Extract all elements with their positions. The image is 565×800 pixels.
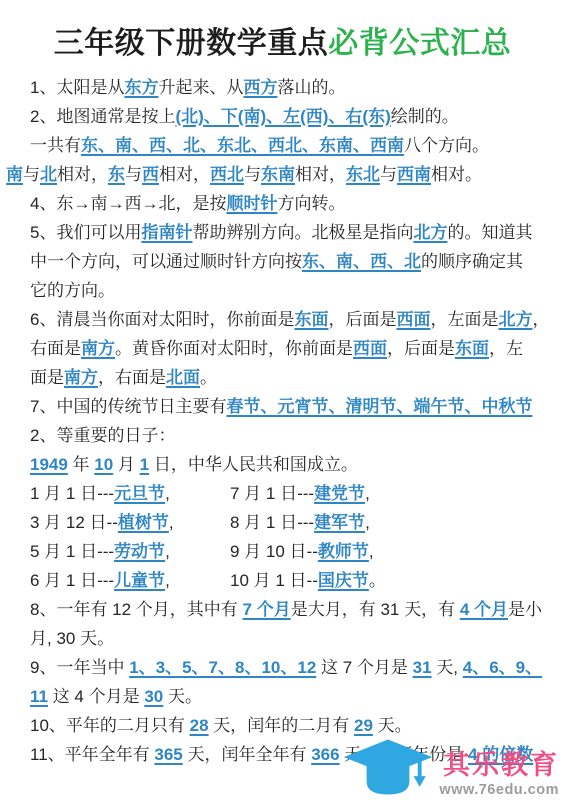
text-line: 5、我们可以用指南针帮助辨别方向。北极星是指向北方的。知道其	[30, 218, 535, 247]
text-line: 南与北相对，东与西相对，西北与东南相对，东北与西南相对。	[6, 160, 535, 189]
highlight-text: 北面	[166, 368, 200, 387]
text-line: 2、地图通常是按上(北)、下(南)、左(西)、右(东)绘制的。	[30, 102, 535, 131]
plain-text: 月	[113, 455, 139, 474]
plain-text: 1 月 1 日---	[30, 484, 114, 503]
plain-text: 方向转。	[277, 194, 345, 213]
highlight-text: 国庆节	[318, 571, 369, 590]
plain-text: 9、一年当中	[30, 658, 129, 677]
highlight-text: 劳动节	[114, 542, 165, 561]
text-line: 它的方向。	[30, 276, 535, 305]
plain-text: 天。	[373, 716, 412, 735]
plain-text: 八个方向。	[404, 136, 489, 155]
plain-text: 相对，	[159, 165, 210, 184]
festival-date-list: 1 月 1 日---元旦节,7 月 1 日---建党节,3 月 12 日--植树…	[30, 479, 535, 595]
plain-text: 是大月，有 31 天，有	[291, 600, 460, 619]
plain-text: 是小	[508, 600, 542, 619]
highlight-text: 指南针	[141, 223, 192, 242]
plain-text: 9 月 10 日--	[230, 542, 318, 561]
plain-text: 。黄昏你面对太阳时，你前面是	[115, 339, 353, 358]
plain-text: ，后面是	[328, 310, 396, 329]
plain-text: 它的方向。	[30, 281, 115, 300]
text-line: 中一个方向，可以通过顺时针方向按东、南、西、北的顺序确定其	[30, 247, 535, 276]
date-cell-right: 10 月 1 日--国庆节。	[230, 566, 535, 595]
plain-text: 中一个方向，可以通过顺时针方向按	[30, 252, 302, 271]
text-line: 右面是南方。黄昏你面对太阳时，你前面是西面，后面是东面，左	[30, 334, 535, 363]
text-line: 2、等重要的日子：	[30, 421, 535, 450]
plain-text: 一共有	[30, 136, 81, 155]
highlight-text: 儿童节	[114, 571, 165, 590]
plain-text: 5、我们可以用	[30, 223, 141, 242]
plain-text: 6 月 1 日---	[30, 571, 114, 590]
plain-text: 天，闰年全年有	[183, 745, 311, 764]
text-line: 8、一年有 12 个月，其中有 7 个月是大月，有 31 天，有 4 个月是小	[30, 595, 535, 624]
plain-text: 2、地图通常是按上	[30, 107, 175, 126]
plain-text: 7、中国的传统节日主要有	[30, 397, 226, 416]
brand-name: 其乐教育	[439, 751, 559, 781]
plain-text: 天。	[163, 687, 202, 706]
plain-text: 7 月 1 日---	[230, 484, 314, 503]
highlight-text: 11	[30, 687, 48, 706]
plain-text: 10、平年的二月只有	[30, 716, 190, 735]
plain-text: ，右面是	[98, 368, 166, 387]
plain-text: 绘制的。	[391, 107, 459, 126]
plain-text: ，后面是	[387, 339, 455, 358]
plain-text: ,	[165, 571, 170, 590]
plain-text: 8 月 1 日---	[230, 513, 314, 532]
plain-text: 面是	[30, 368, 64, 387]
plain-text: 与	[244, 165, 261, 184]
text-line: 1、太阳是从东方升起来、从西方落山的。	[30, 73, 535, 102]
highlight-text: 东	[108, 165, 125, 184]
brand-watermark: 其乐教育 www.76edu.com	[339, 738, 559, 798]
plain-text: 8、一年有 12 个月，其中有	[30, 600, 243, 619]
date-cell-left: 1 月 1 日---元旦节,	[30, 479, 230, 508]
plain-text: 帮助辨别方向。北极星是指向	[192, 223, 413, 242]
highlight-text: 1949	[30, 455, 68, 474]
page-title: 三年级下册数学重点必背公式汇总	[30, 27, 535, 62]
highlight-text: 西南	[397, 165, 431, 184]
highlight-text: 植树节	[118, 513, 169, 532]
highlight-text: 东北	[346, 165, 380, 184]
plain-text: 。	[369, 571, 386, 590]
highlight-text: 顺时针	[226, 194, 277, 213]
text-line: 11 这 4 个月是 30 天。	[30, 682, 535, 711]
plain-text: 与	[380, 165, 397, 184]
highlight-text: 东方	[124, 78, 158, 97]
plain-text: 与	[125, 165, 142, 184]
text-line: 月, 30 天。	[30, 624, 535, 653]
highlight-text: 7 个月	[243, 600, 291, 619]
date-cell-left: 5 月 1 日---劳动节,	[30, 537, 230, 566]
plain-text: 天，闰年的二月有	[209, 716, 354, 735]
text-line: 7、中国的传统节日主要有春节、元宵节、清明节、端午节、中秋节	[30, 392, 535, 421]
highlight-text: 北方	[498, 310, 532, 329]
plain-text: ,	[169, 513, 174, 532]
plain-text: 5 月 1 日---	[30, 542, 114, 561]
highlight-text: 4、6、9、	[463, 658, 542, 677]
plain-text: ,	[369, 542, 374, 561]
plain-text: 11、平年全年有	[30, 745, 154, 764]
plain-text: 相对，	[57, 165, 108, 184]
highlight-text: 北方	[413, 223, 447, 242]
festival-date-row: 6 月 1 日---儿童节,10 月 1 日--国庆节。	[30, 566, 535, 595]
highlight-text: 31	[413, 658, 432, 677]
content-lines-top: 1、太阳是从东方升起来、从西方落山的。2、地图通常是按上(北)、下(南)、左(西…	[30, 73, 535, 479]
plain-text: ，	[532, 310, 549, 329]
highlight-text: 教师节	[318, 542, 369, 561]
highlight-text: 建军节	[314, 513, 365, 532]
highlight-text: 南方	[81, 339, 115, 358]
highlight-text: 东面	[294, 310, 328, 329]
text-line: 面是南方，右面是北面。	[30, 363, 535, 392]
festival-date-row: 5 月 1 日---劳动节,9 月 10 日--教师节,	[30, 537, 535, 566]
highlight-text: 元旦节	[114, 484, 165, 503]
plain-text: 右面是	[30, 339, 81, 358]
plain-text: 6、清晨当你面对太阳时，你前面是	[30, 310, 294, 329]
plain-text: 10 月 1 日--	[230, 571, 318, 590]
plain-text: ,	[165, 484, 170, 503]
plain-text: 升起来、从	[158, 78, 243, 97]
plain-text: ，左	[489, 339, 523, 358]
highlight-text: 西面	[353, 339, 387, 358]
highlight-text: 365	[154, 745, 182, 764]
text-line: 9、一年当中 1、3、5、7、8、10、12 这 7 个月是 31 天, 4、6…	[30, 653, 535, 682]
festival-date-row: 3 月 12 日--植树节,8 月 1 日---建军节,	[30, 508, 535, 537]
date-cell-right: 8 月 1 日---建军节,	[230, 508, 535, 537]
plain-text: 3 月 12 日--	[30, 513, 118, 532]
plain-text: 4、东→南→西→北，是按	[30, 194, 226, 213]
plain-text: 2、等重要的日子：	[30, 426, 175, 445]
accent-text: 必背公式汇总	[328, 27, 511, 60]
plain-text: 相对，	[295, 165, 346, 184]
highlight-text: 东、南、西、北	[302, 252, 421, 271]
plain-text: ,	[365, 484, 370, 503]
plain-text: 相对。	[431, 165, 482, 184]
highlight-text: 东南	[261, 165, 295, 184]
highlight-text: 29	[354, 716, 373, 735]
highlight-text: 东、南、西、北、东北、西北、东南、西南	[81, 136, 404, 155]
highlight-text: 西北	[210, 165, 244, 184]
highlight-text: 南方	[64, 368, 98, 387]
plain-text: ,	[365, 513, 370, 532]
text-line: 4、东→南→西→北，是按顺时针方向转。	[30, 189, 535, 218]
plain-text: ，左面是	[430, 310, 498, 329]
plain-text: 天,	[432, 658, 463, 677]
highlight-text: 30	[144, 687, 163, 706]
plain-text: 与	[23, 165, 40, 184]
date-cell-right: 9 月 10 日--教师节,	[230, 537, 535, 566]
highlight-text: (北)、下(南)、左(西)、右(东)	[175, 107, 390, 126]
highlight-text: 东面	[455, 339, 489, 358]
plain-text: 日，中华人民共和国成立。	[149, 455, 358, 474]
brand-text-block: 其乐教育 www.76edu.com	[439, 751, 559, 798]
highlight-text: 10	[94, 455, 113, 474]
highlight-text: 1	[140, 455, 149, 474]
plain-text: 落山的。	[277, 78, 345, 97]
date-cell-left: 3 月 12 日--植树节,	[30, 508, 230, 537]
highlight-text: 366	[311, 745, 339, 764]
text-line: 6、清晨当你面对太阳时，你前面是东面，后面是西面，左面是北方，	[30, 305, 535, 334]
text-line: 1949 年 10 月 1 日，中华人民共和国成立。	[30, 450, 535, 479]
date-cell-right: 7 月 1 日---建党节,	[230, 479, 535, 508]
date-cell-left: 6 月 1 日---儿童节,	[30, 566, 230, 595]
brand-url: www.76edu.com	[439, 782, 559, 798]
plain-text: 年	[68, 455, 94, 474]
plain-text: 。	[200, 368, 217, 387]
highlight-text: 西方	[243, 78, 277, 97]
plain-text: ,	[165, 542, 170, 561]
highlight-text: 春节、元宵节、清明节、端午节、中秋节	[226, 397, 532, 416]
plain-text: 月, 30 天。	[30, 629, 114, 648]
text-line: 10、平年的二月只有 28 天，闰年的二月有 29 天。	[30, 711, 535, 740]
highlight-text: 西	[142, 165, 159, 184]
plain-text: 的。知道其	[447, 223, 532, 242]
highlight-text: 南	[6, 165, 23, 184]
highlight-text: 1、3、5、7、8、10、12	[129, 658, 316, 677]
highlight-text: 28	[190, 716, 209, 735]
festival-date-row: 1 月 1 日---元旦节,7 月 1 日---建党节,	[30, 479, 535, 508]
plain-text: 这 7 个月是	[316, 658, 412, 677]
highlight-text: 西面	[396, 310, 430, 329]
plain-text: 三年级下册数学重点	[54, 27, 329, 60]
highlight-text: 北	[40, 165, 57, 184]
text-line: 一共有东、南、西、北、东北、西北、东南、西南八个方向。	[30, 131, 535, 160]
highlight-text: 4 个月	[460, 600, 508, 619]
highlight-text: 建党节	[314, 484, 365, 503]
plain-text: 的顺序确定其	[421, 252, 523, 271]
graduation-cap-icon	[339, 738, 437, 796]
plain-text: 这 4 个月是	[48, 687, 144, 706]
plain-text: 1、太阳是从	[30, 78, 124, 97]
document-page: 三年级下册数学重点必背公式汇总 1、太阳是从东方升起来、从西方落山的。2、地图通…	[0, 27, 565, 769]
